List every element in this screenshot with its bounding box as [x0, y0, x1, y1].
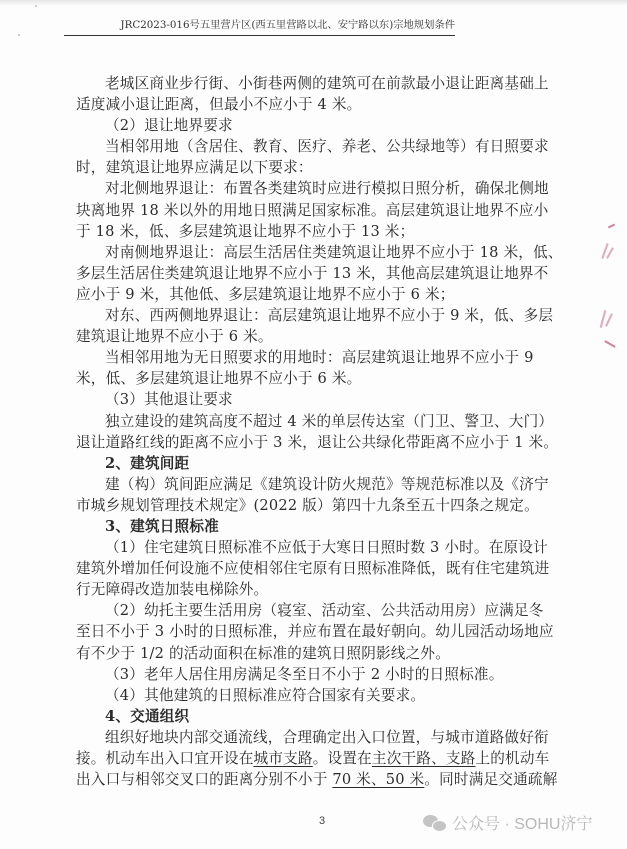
page-number: 3: [319, 815, 325, 827]
text-line: 对东、西两侧地界退让：高层建筑退让地界不应小于 9 米，低、多层: [76, 305, 552, 326]
document-body: 老城区商业步行街、小街巷两侧的建筑可在前款最小退让距离基础上适度减小退让距离，但…: [76, 73, 552, 790]
text-line: 建筑退让地界不应小于 6 米。: [76, 326, 552, 347]
text-line: （3）其他退让要求: [76, 389, 552, 410]
header-divider: [64, 35, 455, 36]
text-line: 当相邻用地为无日照要求的用地时：高层建筑退让地界不应小于 9: [76, 347, 552, 368]
scan-speck: [18, 34, 20, 36]
text-line-with-underline: 出入口与相邻交叉口的距离分别不小于 70 米、50 米。同时满足交通疏解: [76, 769, 552, 790]
scan-top-shadow: [0, 0, 627, 6]
text-line: 时，建筑退让地界应满足以下要求：: [76, 157, 552, 178]
text-segment: 。同时满足交通疏解: [424, 771, 557, 788]
text-segment: 。设置在: [313, 750, 372, 767]
text-line-with-underline: 接。机动车出入口宜开设在城市支路。设置在主次干路、支路上的机动车: [76, 748, 552, 769]
text-line: （2）幼托主要生活用房（寝室、活动室、公共活动用房）应满足冬: [76, 600, 552, 621]
text-line: 老城区商业步行街、小街巷两侧的建筑可在前款最小退让距离基础上: [76, 73, 552, 94]
text-line: （3）老年人居住用房满足冬至日不小于 2 小时的日照标准。: [76, 664, 552, 685]
text-line: （1）住宅建筑日照标准不应低于大寒日日照时数 3 小时。在原设计: [76, 537, 552, 558]
text-line: 退让道路红线的距离不应小于 3 米，退让公共绿化带距离不应小于 1 米。: [76, 432, 552, 453]
text-line: （4）其他建筑的日照标准应符合国家有关要求。: [76, 685, 552, 706]
section-heading: 2、建筑间距: [76, 453, 552, 474]
text-line: 有不少于 1/2 的活动面积在标准的建筑日照阴影线之外。: [76, 643, 552, 664]
underlined-text: 城市支路: [254, 750, 313, 767]
text-line: 米，低、多层建筑退让地界不应小于 6 米。: [76, 368, 552, 389]
text-line: 当相邻用地（含居住、教育、医疗、养老、公共绿地等）有日照要求: [76, 136, 552, 157]
text-line: 对南侧地界退让：高层生活居住类建筑退让地界不应小于 18 米，低、: [76, 242, 552, 263]
scan-speck: [35, 5, 37, 7]
watermark: 公众号 · SOHU济宁: [423, 811, 592, 834]
watermark-text: 公众号 · SOHU济宁: [452, 811, 592, 834]
document-header-title: JRC2023-016号五里营片区(西五里营路以北、安宁路以东)宗地规划条件: [120, 16, 455, 31]
text-line: 独立建设的建筑高度不超过 4 米的单层传达室（门卫、警卫、大门）: [76, 411, 552, 432]
section-heading: 3、建筑日照标准: [76, 516, 552, 537]
text-line: 建筑外增加任何设施不应使相邻住宅原有日照标准降低，既有住宅建筑进: [76, 558, 552, 579]
section-heading: 4、交通组织: [76, 706, 552, 727]
text-line: 应小于 9 米，其他低、多层建筑退让地界不应小于 6 米；: [76, 284, 552, 305]
text-segment: 接。机动车出入口宜开设在: [76, 750, 254, 767]
text-line: （2）退让地界要求: [76, 115, 552, 136]
text-line: 建（构）筑间距应满足《建筑设计防火规范》等规范标准以及《济宁: [76, 474, 552, 495]
text-line: 对北侧地界退让：布置各类建筑时应进行模拟日照分析，确保北侧地: [76, 178, 552, 199]
text-line: 适度减小退让距离，但最小不应小于 4 米。: [76, 94, 552, 115]
text-line: 块离地界 18 米以外的用地日照满足国家标准。高层建筑退让地界不应小: [76, 200, 552, 221]
text-segment: 上的机动车: [475, 750, 549, 767]
text-segment: 出入口与相邻交叉口的距离分别不小于: [76, 771, 332, 788]
underlined-text: 70 米、50 米: [332, 771, 424, 788]
text-line: 多层生活居住类建筑退让地界不应小于 13 米，其他高层建筑退让地界不: [76, 263, 552, 284]
wechat-icon: [423, 814, 447, 832]
text-line: 行无障碍改造加装电梯除外。: [76, 579, 552, 600]
text-line: 至日不小于 3 小时的日照标准，并应布置在最好朝向。幼儿园活动场地应: [76, 621, 552, 642]
seal-stamp-fragment: [596, 225, 620, 365]
underlined-text: 主次干路、支路: [372, 750, 476, 767]
text-line: 组织好地块内部交通流线，合理确定出入口位置，与城市道路做好衔: [76, 727, 552, 748]
text-line: 于 18 米，低、多层建筑退让地界不应小于 13 米；: [76, 221, 552, 242]
text-line: 市城乡规划管理技术规定》(2022 版）第四十九条至五十四条之规定。: [76, 495, 552, 516]
